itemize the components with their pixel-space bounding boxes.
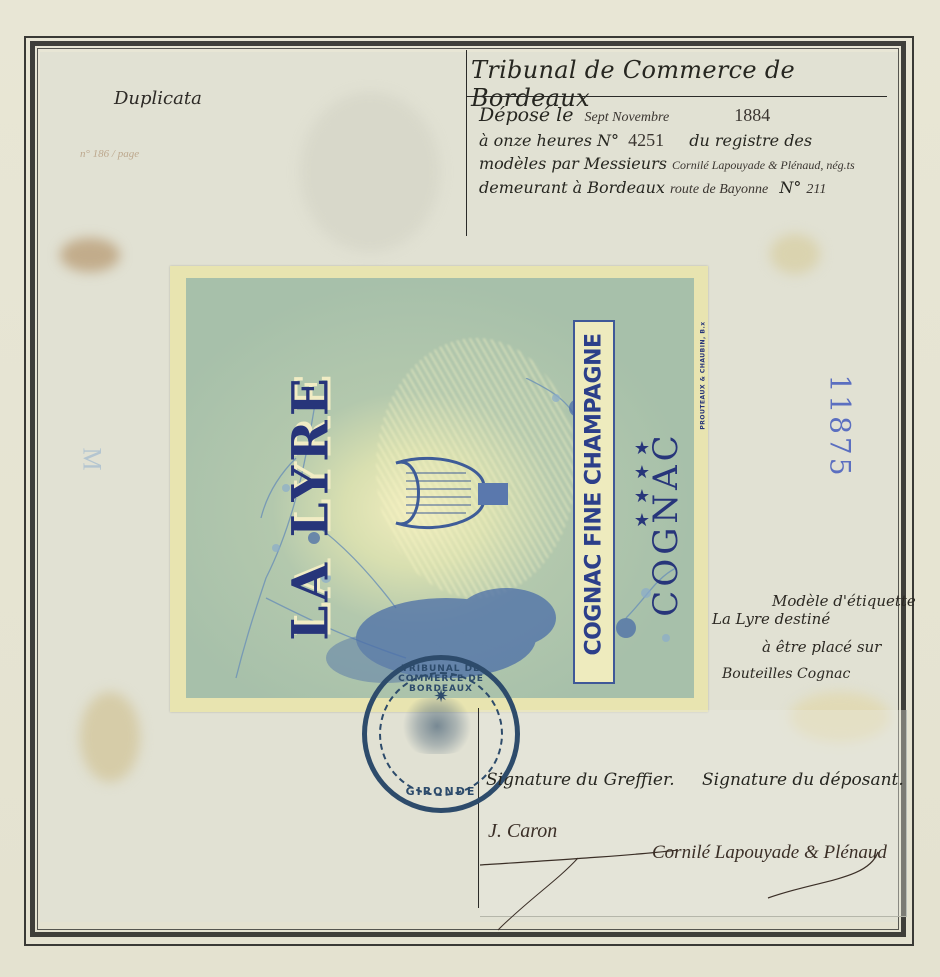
registry-number: 4251 <box>628 130 664 150</box>
cognac-label: LA LYRE COGNAC FINE CHAMPAGNE ★ ★ ★ ★ CO… <box>170 266 708 712</box>
deposit-date: Sept Novembre <box>585 110 670 125</box>
deposit-label: Déposé le <box>479 104 573 126</box>
greffier-signature: J. Caron <box>488 820 557 843</box>
lyre-icon <box>386 453 516 533</box>
faint-marginal-note: n° 186 / page <box>80 148 139 160</box>
faint-blue-mark: M <box>77 447 107 470</box>
street-number: 211 <box>806 182 826 197</box>
label-background: LA LYRE COGNAC FINE CHAMPAGNE ★ ★ ★ ★ CO… <box>186 278 694 698</box>
deposit-year: 1884 <box>734 105 770 125</box>
seal-star-icon: ✷ <box>367 686 515 707</box>
note-line-2: La Lyre destiné <box>712 610 830 628</box>
note-line-1: Modèle d'étiquette <box>772 592 916 610</box>
stain-top-left <box>60 238 120 272</box>
appellation-banner: COGNAC FINE CHAMPAGNE <box>573 320 615 684</box>
depositor-name: Cornilé Lapouyade & Plénaud, nég.ts <box>672 158 855 172</box>
registry-header: Tribunal de Commerce de Bordeaux Déposé … <box>466 50 899 236</box>
stain-bottom-left <box>80 692 140 782</box>
deposit-date-line: Déposé le Sept Novembre 1884 <box>479 104 770 126</box>
registry-label: du registre des <box>689 131 812 150</box>
header-divider <box>467 96 887 97</box>
note-line-4: Bouteilles Cognac <box>722 666 850 682</box>
registry-number-line: à onze heures N° 4251 du registre des <box>479 130 812 151</box>
greffier-signature-label: Signature du Greffier. <box>486 770 675 790</box>
archive-sheet: Duplicata n° 186 / page M Tribunal de Co… <box>0 0 940 977</box>
address-street: route de Bayonne <box>670 182 768 197</box>
address-line: demeurant à Bordeaux route de Bayonne N°… <box>479 178 826 198</box>
address-label: demeurant à Bordeaux <box>479 178 665 197</box>
appellation-text: COGNAC FINE CHAMPAGNE <box>582 315 607 675</box>
note-line-3: à être placé sur <box>762 638 881 656</box>
printer-credit: PROUTEAUX & CHAUBIN, B.x <box>700 291 707 461</box>
stain-right <box>770 234 820 274</box>
signature-flourish <box>478 850 908 940</box>
product-name: COGNAC <box>646 414 686 634</box>
depositor-signature-label: Signature du déposant. <box>702 770 904 790</box>
depositor-label: modèles par Messieurs <box>479 154 667 173</box>
hour-label: à onze heures N° <box>479 131 619 150</box>
street-number-label: N° <box>779 178 801 197</box>
depositor-line: modèles par Messieurs Cornilé Lapouyade … <box>479 154 855 173</box>
duplicata-annotation: Duplicata <box>114 88 202 109</box>
smudge <box>300 92 440 252</box>
brand-name: LA LYRE <box>281 358 340 658</box>
stamped-registry-number: 11875 <box>824 347 857 507</box>
